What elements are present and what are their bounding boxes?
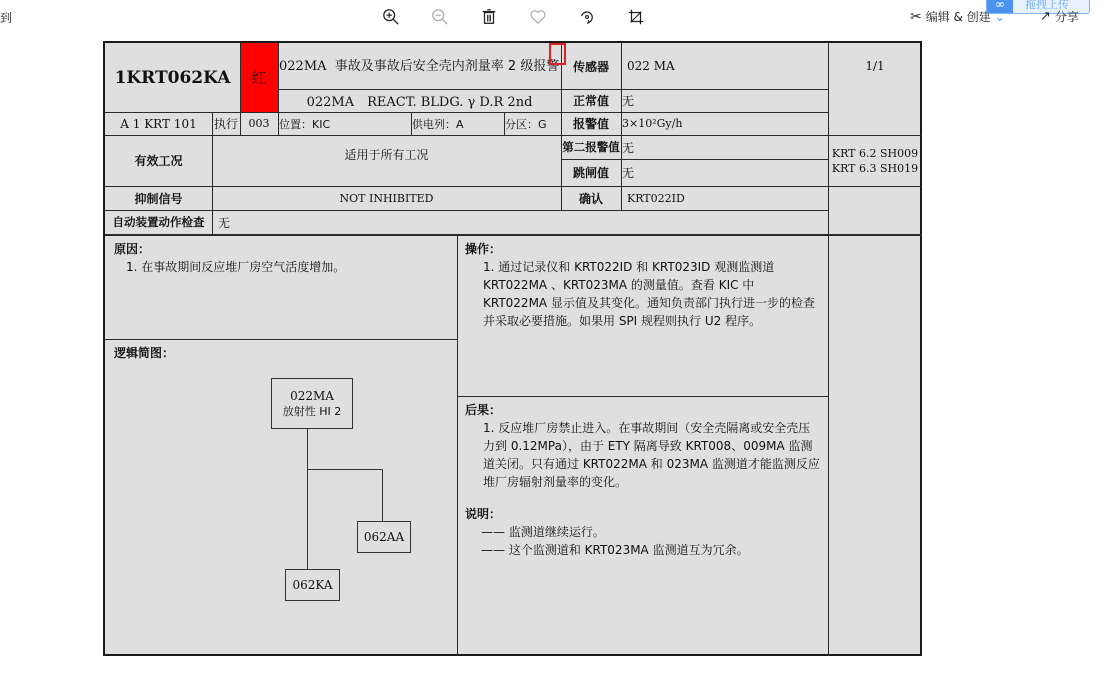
page-number: 1/1 bbox=[828, 43, 922, 89]
logic-connector bbox=[307, 429, 308, 570]
cause-heading: 原因： bbox=[114, 240, 449, 258]
alarm-title-text: 事故及事故后安全壳内剂量率 2 级报警 bbox=[335, 59, 560, 74]
card-id: 1KRT062KA bbox=[105, 43, 240, 112]
sensor-value: 022 MA bbox=[621, 43, 828, 89]
rotate-icon[interactable] bbox=[576, 6, 598, 28]
second-alarm-label: 第二报警值 bbox=[561, 135, 621, 159]
delete-icon[interactable] bbox=[478, 6, 500, 28]
note-item: —— 这个监测道和 KRT023MA 监测道互为冗余。 bbox=[481, 541, 821, 559]
alarm-card: 1KRT062KA 红 022MA 事故及事故后安全壳内剂量率 2 级报警 02… bbox=[103, 41, 922, 656]
toolbar-left-text: 到 bbox=[0, 9, 12, 26]
zone: 分区：G bbox=[504, 112, 561, 135]
auto-check-value: 无 bbox=[212, 210, 561, 234]
valid-condition-value: 适用于所有工况 bbox=[212, 135, 561, 186]
inhibit-value: NOT INHIBITED bbox=[212, 186, 561, 210]
logic-heading: 逻辑简图： bbox=[114, 344, 174, 362]
exec-label: 执行 bbox=[212, 112, 240, 135]
valid-condition-label: 有效工况 bbox=[105, 135, 212, 186]
logic-connector bbox=[307, 469, 383, 470]
cause-item: 1. 在事故期间反应堆厂房空气活度增加。 bbox=[126, 258, 449, 276]
location: 位置：KIC bbox=[278, 112, 411, 135]
auto-check-label: 自动装置动作检查 bbox=[105, 210, 212, 234]
notes-heading: 说明： bbox=[465, 505, 821, 523]
sensor-label: 传感器 bbox=[561, 43, 621, 89]
alarm-value: 3×10²Gy/h bbox=[621, 112, 828, 135]
alarm-title: 022MA 事故及事故后安全壳内剂量率 2 级报警 bbox=[278, 43, 561, 89]
zoom-out-icon[interactable] bbox=[429, 6, 451, 28]
normal-value: 无 bbox=[621, 89, 828, 112]
logic-output-box: 062KA bbox=[285, 569, 340, 601]
logic-source-code: 022MA bbox=[290, 388, 334, 404]
logic-source-desc: 放射性 HI 2 bbox=[283, 404, 342, 420]
cause-section: 原因： 1. 在事故期间反应堆厂房空气活度增加。 bbox=[114, 240, 449, 276]
logic-connector bbox=[382, 469, 383, 521]
second-alarm-value: 无 bbox=[621, 135, 828, 159]
share-label: 分享 bbox=[1055, 8, 1079, 25]
highlight-annotation bbox=[549, 43, 566, 65]
exec-value: 003 bbox=[240, 112, 278, 135]
alarm-subtitle: 022MA REACT. BLDG. γ D.R 2nd bbox=[278, 89, 561, 112]
alarm-value-label: 报警值 bbox=[561, 112, 621, 135]
equipment-code: A 1 KRT 101 bbox=[105, 112, 212, 135]
confirm-value: KRT022ID bbox=[621, 186, 828, 210]
crop-icon[interactable] bbox=[625, 6, 647, 28]
logic-source-box: 022MA 放射性 HI 2 bbox=[271, 378, 353, 429]
reference-sheet: KRT 6.2 SH009 bbox=[832, 146, 918, 161]
alarm-title-code: 022MA bbox=[279, 59, 327, 74]
viewer-toolbar: 到 ✂ 编辑 & 创建 ⌄ ∞ 拖拽上传 ↗ 分享 bbox=[0, 0, 1113, 36]
reference-sheets: KRT 6.2 SH009 KRT 6.3 SH019 bbox=[828, 135, 922, 186]
consequence-heading: 后果： bbox=[465, 401, 821, 419]
favorite-icon[interactable] bbox=[527, 6, 549, 28]
trip-value: 无 bbox=[621, 159, 828, 186]
notes-section: 说明： —— 监测道继续运行。 —— 这个监测道和 KRT023MA 监测道互为… bbox=[465, 505, 821, 559]
edit-create-icon: ✂ bbox=[910, 9, 922, 25]
operation-item: 1. 通过记录仪和 KRT022ID 和 KRT023ID 观测监测道 KRT0… bbox=[483, 258, 821, 330]
cloud-logo-icon: ∞ bbox=[987, 0, 1013, 13]
trip-value-label: 跳闸值 bbox=[561, 159, 621, 186]
confirm-label: 确认 bbox=[561, 186, 621, 210]
color-indicator: 红 bbox=[240, 43, 278, 112]
inhibit-label: 抑制信号 bbox=[105, 186, 212, 210]
zoom-in-icon[interactable] bbox=[380, 6, 402, 28]
share-button[interactable]: ↗ 分享 bbox=[1040, 8, 1079, 25]
logic-heading-wrap: 逻辑简图： bbox=[114, 344, 174, 362]
power-train: 供电列：A bbox=[411, 112, 504, 135]
operation-heading: 操作： bbox=[465, 240, 821, 258]
edit-create-label: 编辑 & 创建 bbox=[926, 8, 991, 25]
logic-branch-box: 062AA bbox=[357, 521, 411, 553]
consequence-section: 后果： 1. 反应堆厂房禁止进入。在事故期间（安全壳隔离或安全壳压力到 0.12… bbox=[465, 401, 821, 491]
operation-section: 操作： 1. 通过记录仪和 KRT022ID 和 KRT023ID 观测监测道 … bbox=[465, 240, 821, 330]
normal-value-label: 正常值 bbox=[561, 89, 621, 112]
share-icon: ↗ bbox=[1040, 9, 1051, 24]
note-item: —— 监测道继续运行。 bbox=[481, 523, 821, 541]
consequence-item: 1. 反应堆厂房禁止进入。在事故期间（安全壳隔离或安全壳压力到 0.12MPa）… bbox=[483, 419, 821, 491]
reference-sheet: KRT 6.3 SH019 bbox=[832, 161, 918, 176]
